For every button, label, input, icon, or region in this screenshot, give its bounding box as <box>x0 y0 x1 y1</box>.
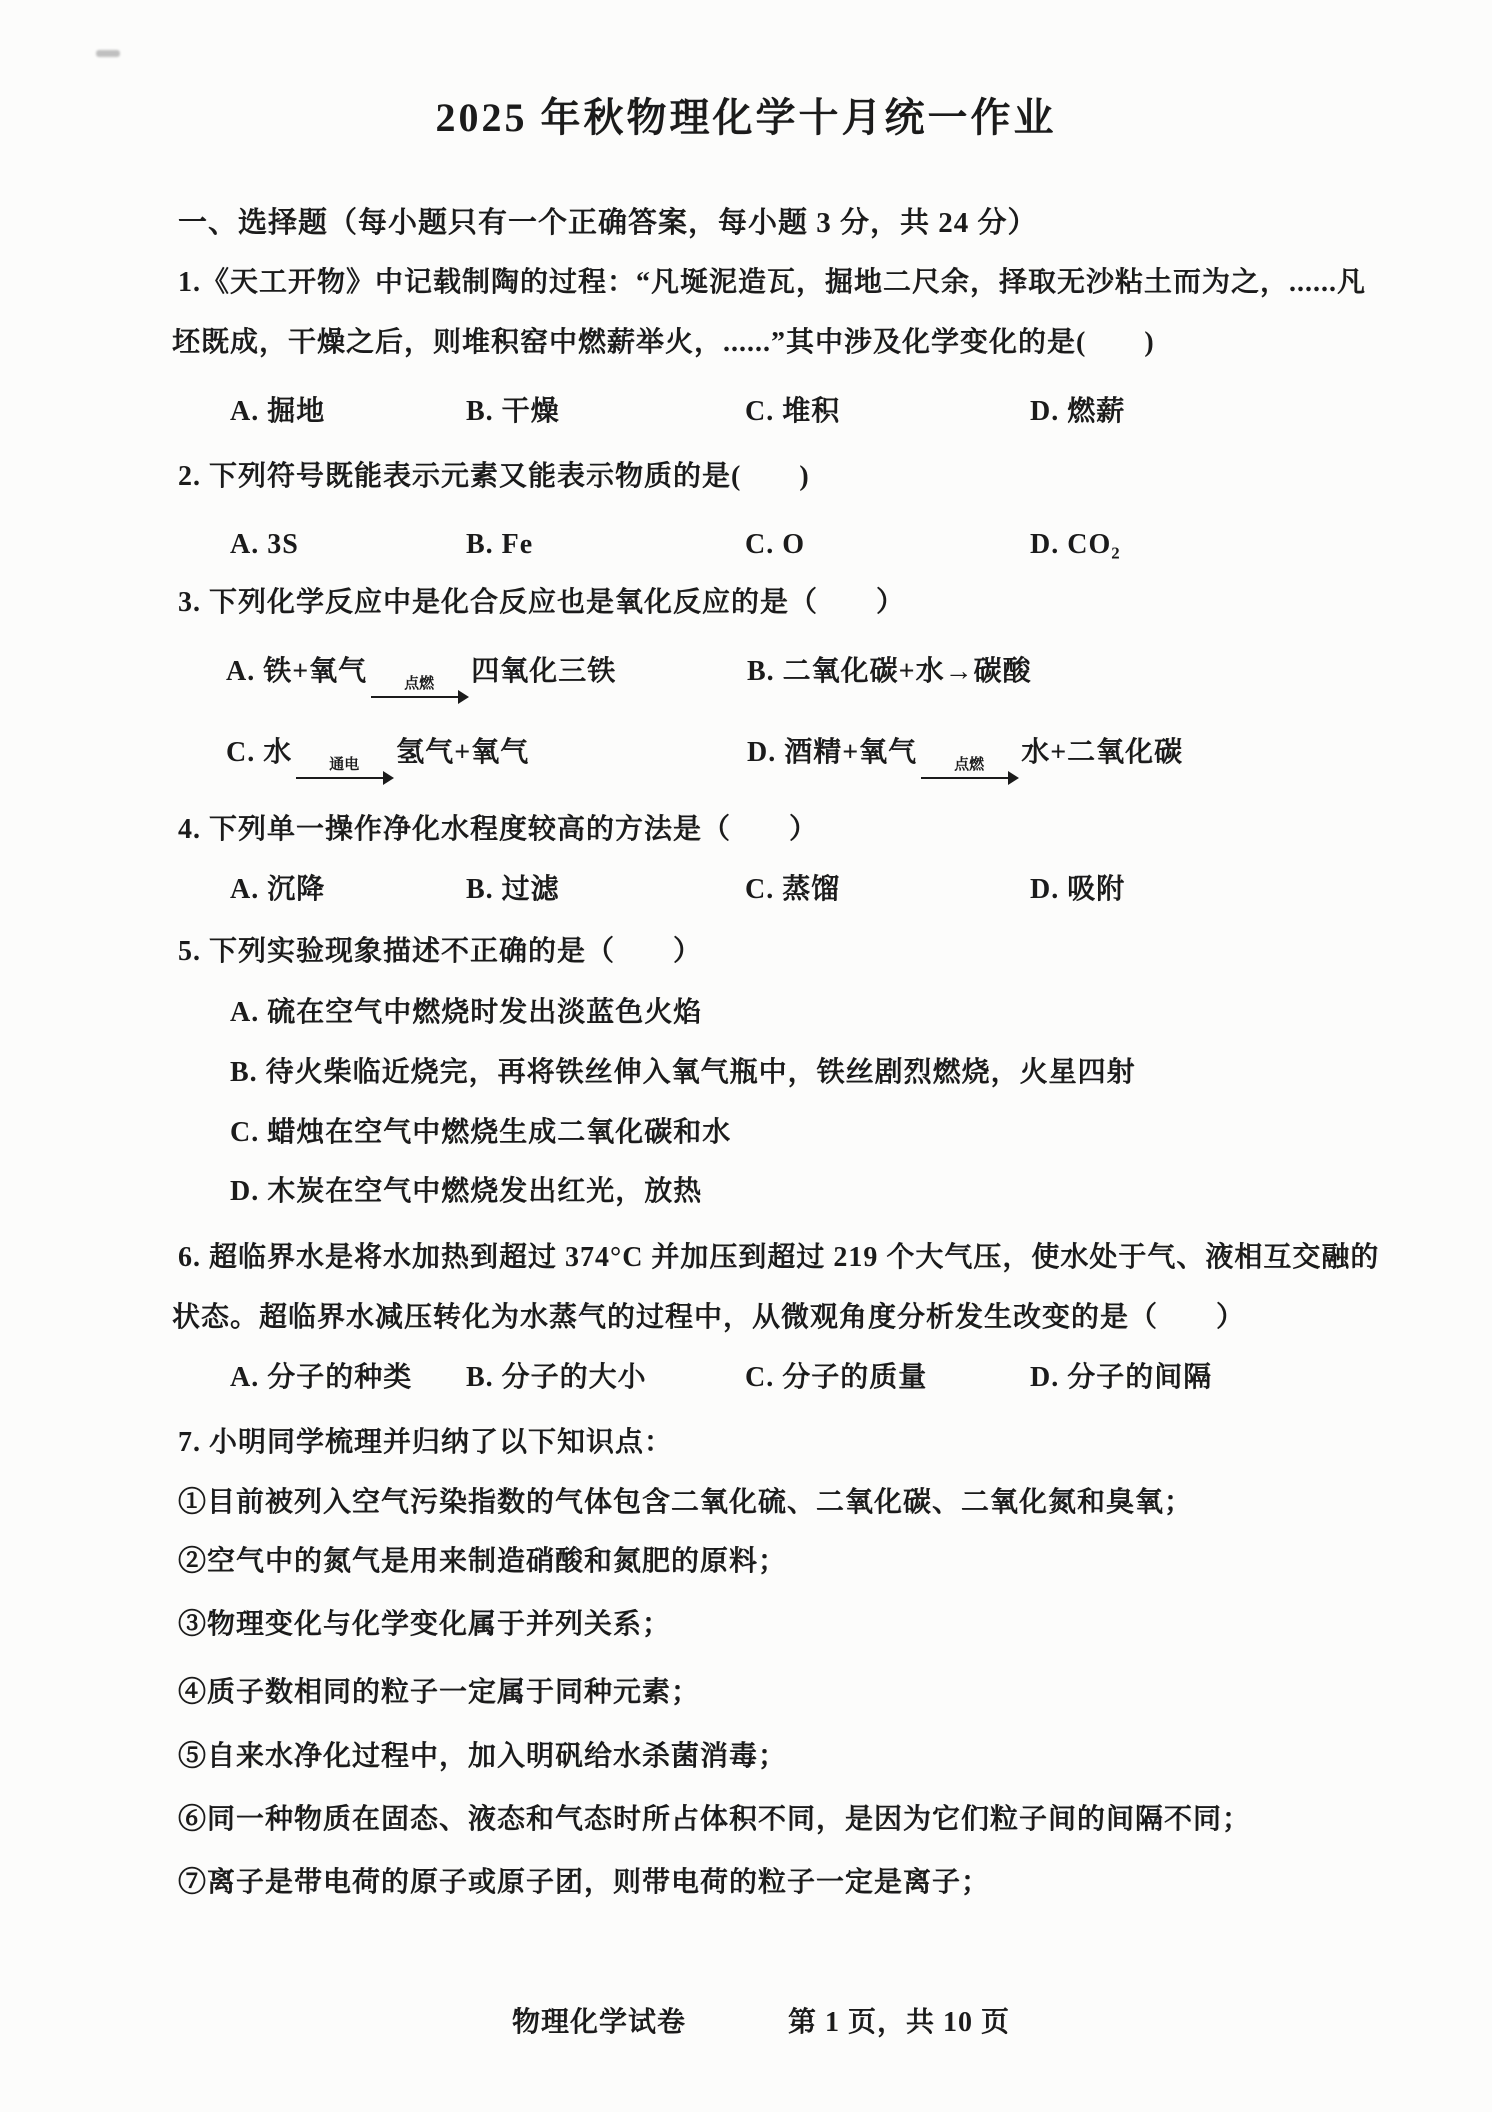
q1-stem-text-1: 1.《天工开物》中记载制陶的过程：“凡埏泥造瓦，掘地二尺余，择取无沙粘土而为之，… <box>178 267 1366 298</box>
q1-option-d: D. 燃薪 <box>1030 390 1125 434</box>
q1-options: A. 掘地 B. 干燥 C. 堆积 D. 燃薪 <box>0 390 1492 434</box>
q7-item-1: ①目前被列入空气污染指数的气体包含二氧化硫、二氧化碳、二氧化氮和臭氧； <box>0 1481 1492 1525</box>
q7-item-7-text: ⑦离子是带电荷的原子或原子团，则带电荷的粒子一定是离子； <box>178 1867 990 1898</box>
q1-stem-line-1: 1.《天工开物》中记载制陶的过程：“凡埏泥造瓦，掘地二尺余，择取无沙粘土而为之，… <box>0 261 1492 305</box>
arrow-shaft <box>371 696 467 698</box>
q6-option-c: C. 分子的质量 <box>745 1356 927 1400</box>
scan-artifact <box>96 50 120 57</box>
reaction-condition-label: 点燃 <box>954 758 984 773</box>
q4-option-b: B. 过滤 <box>466 868 560 912</box>
reaction-arrow-icon: 点燃 <box>921 758 1017 789</box>
q3-option-d-reactants: D. 酒精+氧气 <box>747 737 917 768</box>
q6-options: A. 分子的种类 B. 分子的大小 C. 分子的质量 D. 分子的间隔 <box>0 1356 1492 1400</box>
q5-option-a: A. 硫在空气中燃烧时发出淡蓝色火焰 <box>0 991 1492 1035</box>
page-title: 2025 年秋物理化学十月统一作业 <box>0 86 1492 143</box>
q2-option-a: A. 3S <box>230 523 299 567</box>
q2-stem: 2. 下列符号既能表示元素又能表示物质的是( ) <box>0 455 1492 499</box>
q5-stem: 5. 下列实验现象描述不正确的是（ ） <box>0 930 1492 974</box>
q2-options: A. 3S B. Fe C. O D. CO₂ <box>0 523 1492 567</box>
q7-stem: 7. 小明同学梳理并归纳了以下知识点： <box>0 1421 1492 1465</box>
q5-option-d: D. 木炭在空气中燃烧发出红光，放热 <box>0 1170 1492 1214</box>
section-header: 一、选择题（每小题只有一个正确答案，每小题 3 分，共 24 分） <box>0 201 1492 245</box>
reaction-condition-label: 点燃 <box>404 677 434 692</box>
q6-option-d: D. 分子的间隔 <box>1030 1356 1212 1400</box>
q5-option-b: B. 待火柴临近烧完，再将铁丝伸入氧气瓶中，铁丝剧烈燃烧，火星四射 <box>0 1051 1492 1095</box>
q3-stem: 3. 下列化学反应中是化合反应也是氧化反应的是（ ） <box>0 581 1492 625</box>
q6-option-b: B. 分子的大小 <box>466 1356 647 1400</box>
q4-option-d: D. 吸附 <box>1030 868 1125 912</box>
section-header-text: 一、选择题（每小题只有一个正确答案，每小题 3 分，共 24 分） <box>178 207 1038 239</box>
q4-option-a: A. 沉降 <box>230 868 325 912</box>
q7-item-6: ⑥同一种物质在固态、液态和气态时所占体积不同，是因为它们粒子间的间隔不同； <box>0 1798 1492 1842</box>
q3-options-row-1: A. 铁+氧气点燃四氧化三铁 B. 二氧化碳+水→碳酸 <box>0 650 1492 694</box>
q5-option-a-text: A. 硫在空气中燃烧时发出淡蓝色火焰 <box>230 991 702 1035</box>
q3-option-c-products: 氢气+氧气 <box>396 737 529 768</box>
arrow-shaft <box>921 777 1017 779</box>
q7-item-2-text: ②空气中的氮气是用来制造硝酸和氮肥的原料； <box>178 1546 787 1577</box>
footer-document-name: 物理化学试卷 <box>512 2001 686 2045</box>
q5-option-b-text: B. 待火柴临近烧完，再将铁丝伸入氧气瓶中，铁丝剧烈燃烧，火星四射 <box>230 1051 1136 1095</box>
q3-option-d-products: 水+二氧化碳 <box>1021 737 1183 768</box>
exam-sheet: 2025 年秋物理化学十月统一作业 一、选择题（每小题只有一个正确答案，每小题 … <box>0 0 1492 2112</box>
q7-item-7: ⑦离子是带电荷的原子或原子团，则带电荷的粒子一定是离子； <box>0 1861 1492 1905</box>
reaction-condition-label: 通电 <box>329 758 359 773</box>
q5-option-c: C. 蜡烛在空气中燃烧生成二氧化碳和水 <box>0 1111 1492 1155</box>
q7-item-5: ⑤自来水净化过程中，加入明矾给水杀菌消毒； <box>0 1735 1492 1779</box>
q5-option-d-text: D. 木炭在空气中燃烧发出红光，放热 <box>230 1170 702 1214</box>
q6-option-a: A. 分子的种类 <box>230 1356 412 1400</box>
q3-option-a-reactants: A. 铁+氧气 <box>226 656 367 687</box>
q3-options-row-2: C. 水通电氢气+氧气 D. 酒精+氧气点燃水+二氧化碳 <box>0 731 1492 775</box>
q2-option-b: B. Fe <box>466 523 533 567</box>
reaction-arrow-icon: 点燃 <box>371 677 467 708</box>
q1-stem-line-2: 坯既成，干燥之后，则堆积窑中燃薪举火，......”其中涉及化学变化的是( ) <box>0 321 1492 365</box>
arrow-shaft <box>296 777 392 779</box>
q5-stem-text: 5. 下列实验现象描述不正确的是（ ） <box>178 936 702 967</box>
q7-item-4-text: ④质子数相同的粒子一定属于同种元素； <box>178 1677 700 1708</box>
page-footer: 物理化学试卷 第 1 页，共 10 页 <box>0 2001 1492 2045</box>
q3-option-d: D. 酒精+氧气点燃水+二氧化碳 <box>747 731 1183 789</box>
q7-item-5-text: ⑤自来水净化过程中，加入明矾给水杀菌消毒； <box>178 1741 787 1772</box>
q1-option-b: B. 干燥 <box>466 390 560 434</box>
q3-option-c-reactants: C. 水 <box>226 737 292 768</box>
reaction-arrow-icon: 通电 <box>296 758 392 789</box>
q4-option-c: C. 蒸馏 <box>745 868 840 912</box>
q2-option-d: D. CO₂ <box>1030 523 1121 567</box>
q3-option-c: C. 水通电氢气+氧气 <box>226 731 529 789</box>
q6-stem-text-2: 状态。超临界水减压转化为水蒸气的过程中，从微观角度分析发生改变的是（ ） <box>172 1302 1245 1333</box>
q3-stem-text: 3. 下列化学反应中是化合反应也是氧化反应的是（ ） <box>178 587 905 618</box>
footer-page-number: 第 1 页，共 10 页 <box>788 2001 1010 2045</box>
q2-option-c: C. O <box>745 523 805 567</box>
q7-item-3: ③物理变化与化学变化属于并列关系； <box>0 1603 1492 1647</box>
q6-stem-line-2: 状态。超临界水减压转化为水蒸气的过程中，从微观角度分析发生改变的是（ ） <box>0 1296 1492 1340</box>
q7-item-4: ④质子数相同的粒子一定属于同种元素； <box>0 1671 1492 1715</box>
q7-item-1-text: ①目前被列入空气污染指数的气体包含二氧化硫、二氧化碳、二氧化氮和臭氧； <box>178 1487 1193 1518</box>
q7-item-2: ②空气中的氮气是用来制造硝酸和氮肥的原料； <box>0 1540 1492 1584</box>
q7-item-3-text: ③物理变化与化学变化属于并列关系； <box>178 1609 671 1640</box>
q4-stem-text: 4. 下列单一操作净化水程度较高的方法是（ ） <box>178 814 818 845</box>
q3-option-a: A. 铁+氧气点燃四氧化三铁 <box>226 650 616 708</box>
q7-item-6-text: ⑥同一种物质在固态、液态和气态时所占体积不同，是因为它们粒子间的间隔不同； <box>178 1804 1251 1835</box>
q7-stem-text: 7. 小明同学梳理并归纳了以下知识点： <box>178 1427 673 1458</box>
q4-stem: 4. 下列单一操作净化水程度较高的方法是（ ） <box>0 808 1492 852</box>
q1-option-c: C. 堆积 <box>745 390 840 434</box>
q5-option-c-text: C. 蜡烛在空气中燃烧生成二氧化碳和水 <box>230 1111 731 1155</box>
q1-option-a: A. 掘地 <box>230 390 325 434</box>
q4-options: A. 沉降 B. 过滤 C. 蒸馏 D. 吸附 <box>0 868 1492 912</box>
q6-stem-text-1: 6. 超临界水是将水加热到超过 374°C 并加压到超过 219 个大气压，使水… <box>178 1242 1379 1273</box>
q6-stem-line-1: 6. 超临界水是将水加热到超过 374°C 并加压到超过 219 个大气压，使水… <box>0 1236 1492 1280</box>
q2-stem-text: 2. 下列符号既能表示元素又能表示物质的是( ) <box>178 461 810 492</box>
q1-stem-text-2: 坯既成，干燥之后，则堆积窑中燃薪举火，......”其中涉及化学变化的是( ) <box>172 327 1155 358</box>
q3-option-a-products: 四氧化三铁 <box>471 656 616 687</box>
q3-option-b: B. 二氧化碳+水→碳酸 <box>747 650 1032 694</box>
